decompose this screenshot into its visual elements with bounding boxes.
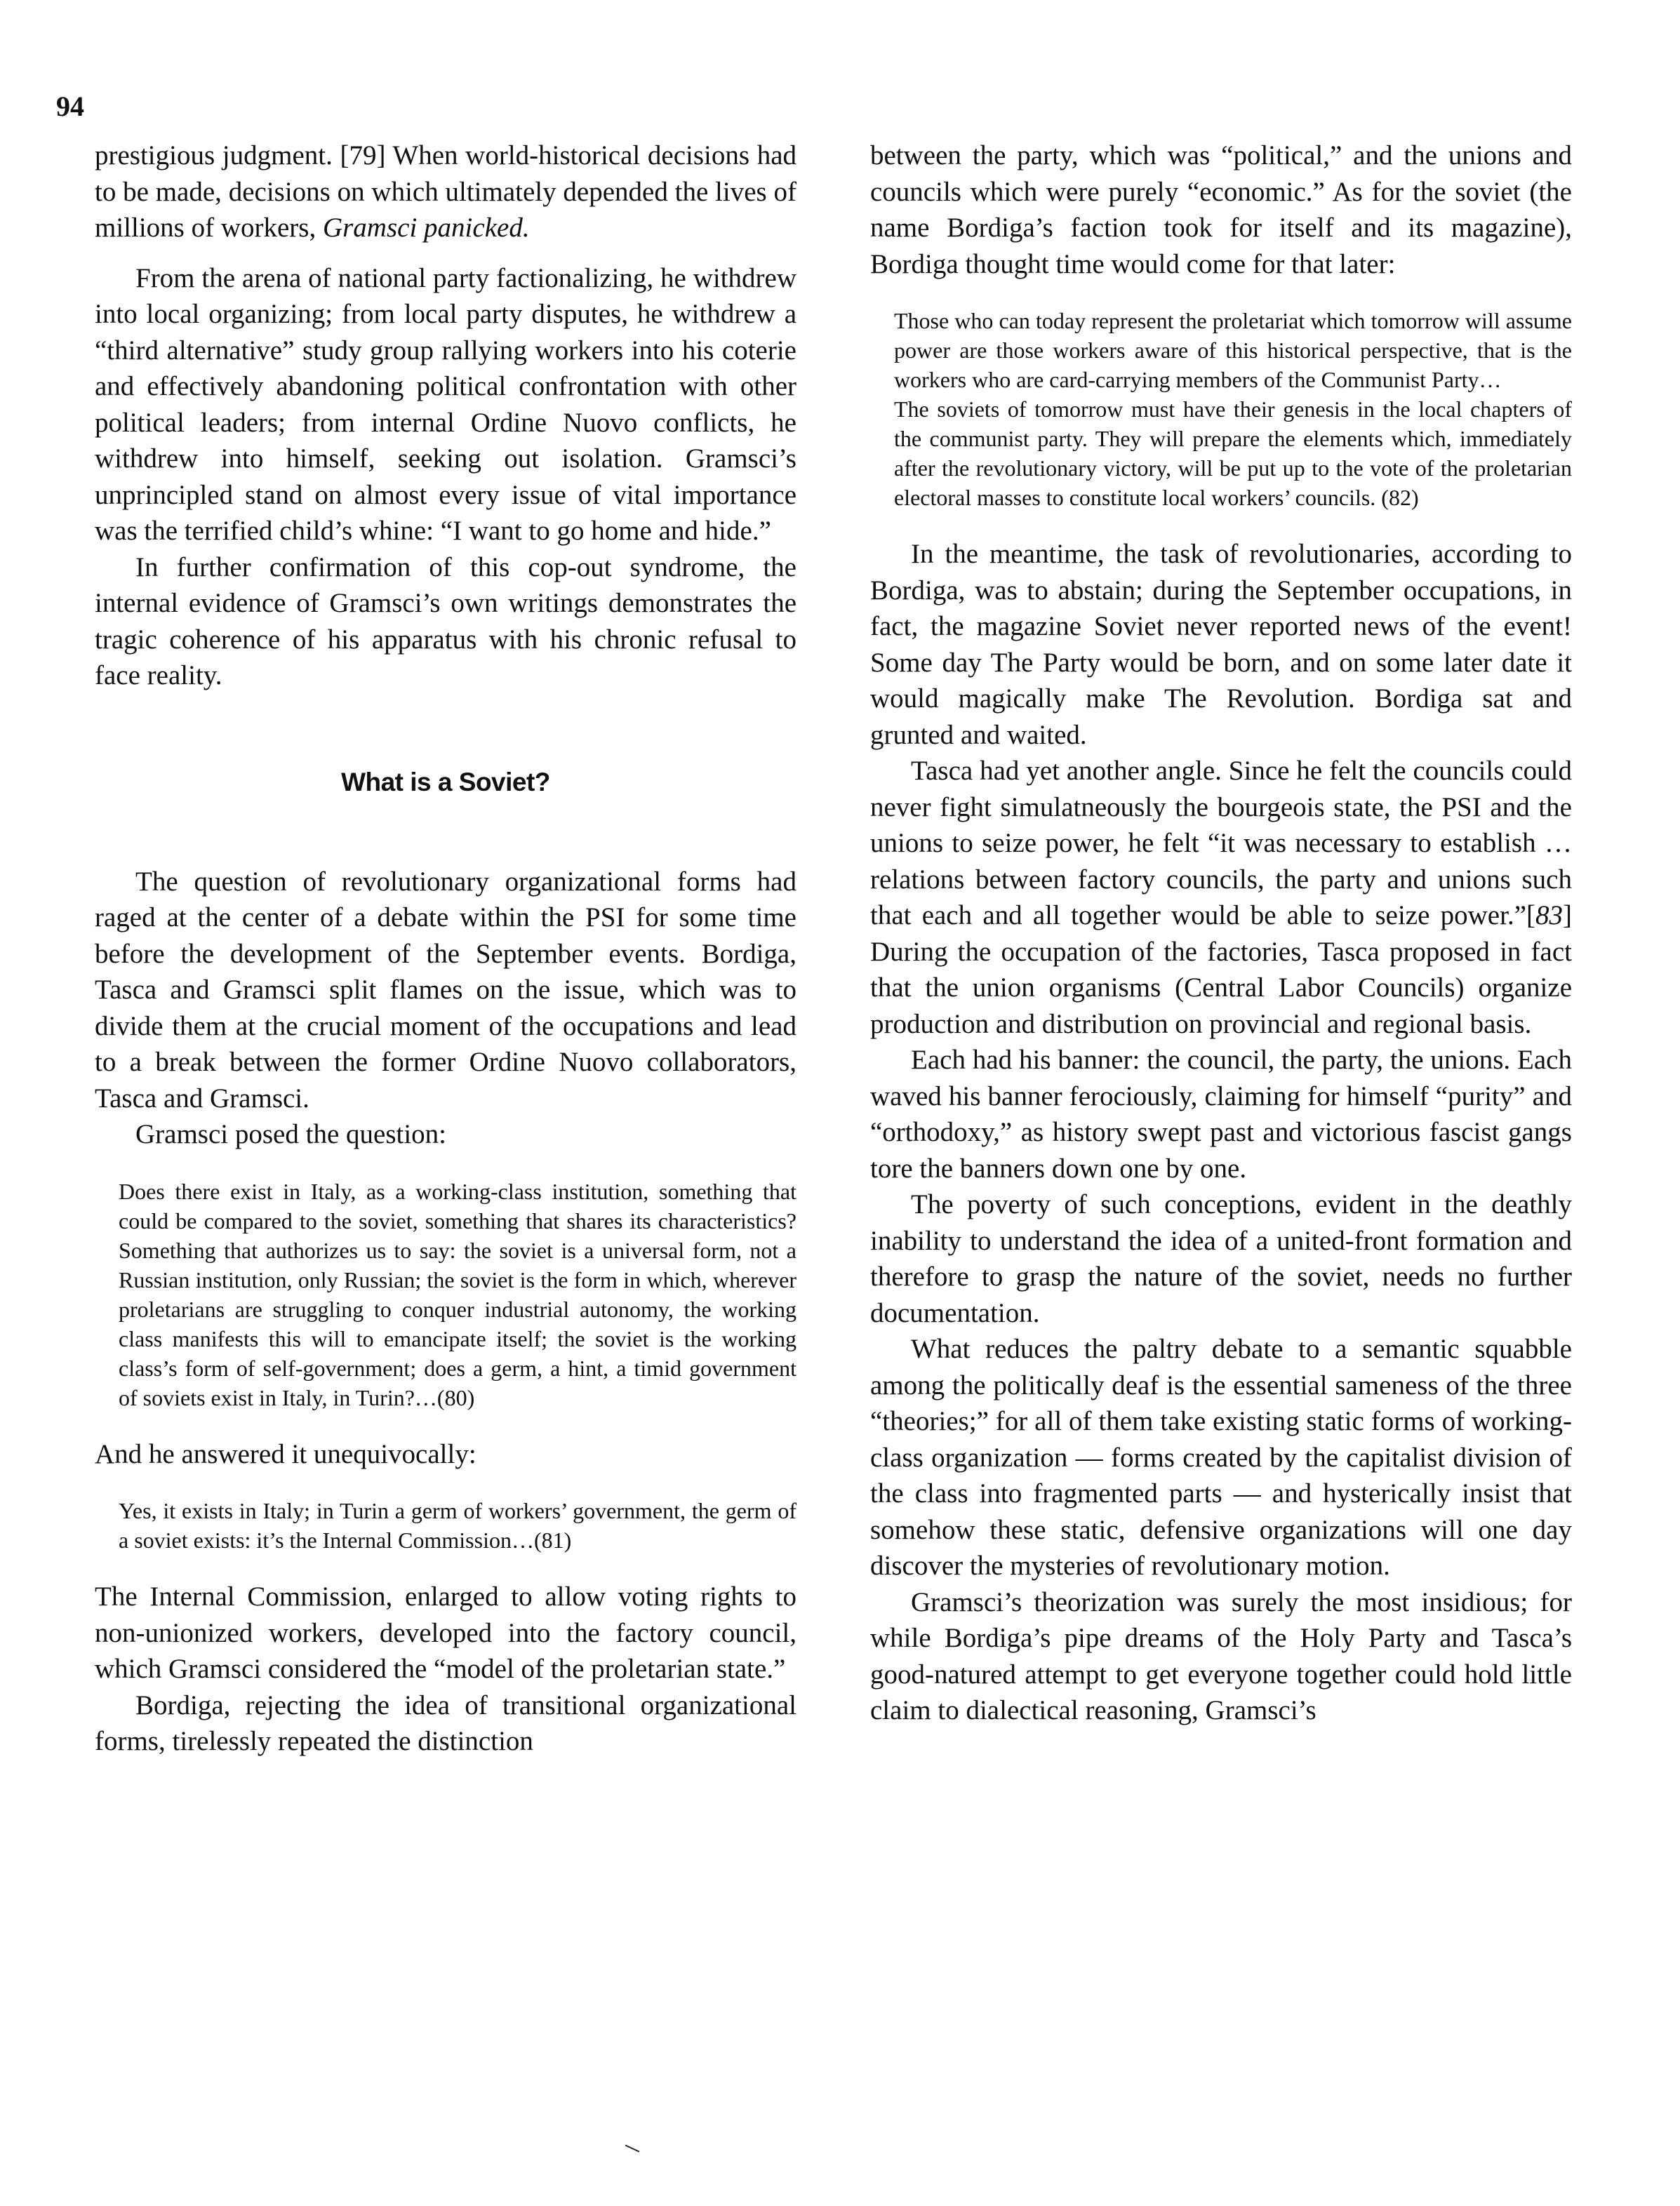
right-column: between the party, which was “political,…: [870, 138, 1572, 1729]
paragraph-gramsci-posed: Gramsci posed the question:: [95, 1116, 796, 1153]
paragraph-organizational-forms: The question of revolutionary organizati…: [95, 864, 796, 1117]
paragraph-national-factionalizing: From the arena of national party faction…: [95, 260, 796, 549]
quote-text: Those who can today represent the prolet…: [894, 306, 1572, 394]
paragraph-abstain: In the meantime, the task of revolutiona…: [870, 536, 1572, 753]
page-number: 94: [56, 90, 84, 123]
paragraph-answered: And he answered it unequivocally:: [95, 1436, 796, 1473]
quote-text: Yes, it exists in Italy; in Turin a germ…: [119, 1496, 796, 1555]
paragraph-gramsci-theorization: Gramsci’s theorization was surely the mo…: [870, 1584, 1572, 1729]
footnote-reference: 83: [1535, 900, 1563, 930]
paragraph-each-had-banner: Each had his banner: the council, the pa…: [870, 1042, 1572, 1186]
paragraph-prestigious-judgment: prestigious judgment. [79] When world-hi…: [95, 138, 796, 246]
paragraph-text: Tasca had yet another angle. Since he fe…: [870, 756, 1572, 930]
paragraph-party-vs-unions: between the party, which was “political,…: [870, 138, 1572, 282]
paragraph-poverty-of-conceptions: The poverty of such conceptions, evident…: [870, 1186, 1572, 1331]
paragraph-tasca-angle: Tasca had yet another angle. Since he fe…: [870, 753, 1572, 1042]
scan-artifact: [625, 2144, 640, 2152]
block-quote-bordiga: Those who can today represent the prolet…: [894, 306, 1572, 512]
left-column: prestigious judgment. [79] When world-hi…: [95, 138, 796, 1760]
quote-text: The soviets of tomorrow must have their …: [894, 394, 1572, 512]
paragraph-cop-out-syndrome: In further confirmation of this cop-out …: [95, 549, 796, 694]
paragraph-bordiga-rejecting: Bordiga, rejecting the idea of transitio…: [95, 1687, 796, 1760]
block-quote-gramsci-question: Does there exist in Italy, as a working-…: [119, 1177, 796, 1412]
paragraph-internal-commission: The Internal Commission, enlarged to all…: [95, 1579, 796, 1687]
quote-text: Does there exist in Italy, as a working-…: [119, 1177, 796, 1412]
paragraph-semantic-squabble: What reduces the paltry debate to a sema…: [870, 1331, 1572, 1584]
block-quote-gramsci-answer: Yes, it exists in Italy; in Turin a germ…: [119, 1496, 796, 1555]
section-heading: What is a Soviet?: [95, 768, 796, 797]
italic-emphasis: Gramsci panicked.: [323, 213, 530, 243]
